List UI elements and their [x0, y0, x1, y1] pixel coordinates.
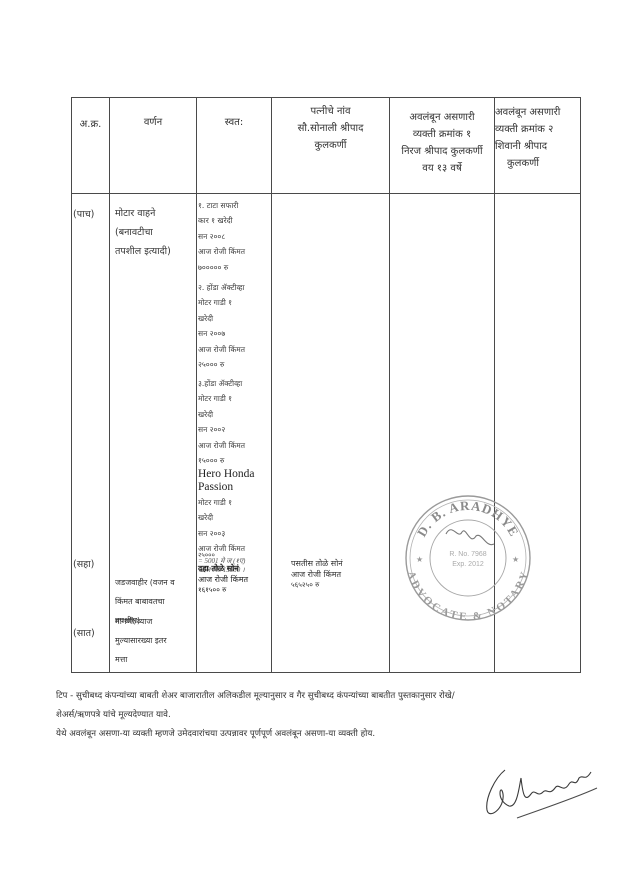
- vehicle-item-1: १. टाटा सफारी कार १ खरेदी सन २००८ आज रोज…: [198, 198, 245, 275]
- vehicle-line: मोटर गाडी १: [198, 495, 245, 510]
- header-spouse-line: सौ.सोनाली श्रीपाद: [272, 120, 389, 137]
- spouse-jewellery: पसतीस तोळे सोनं आज रोजी किंमत ५६५२५० रु: [291, 558, 343, 591]
- description-line: मत्ता: [115, 650, 167, 669]
- vehicle-item-4: मोटर गाडी १ खरेदी सन २००३ आज रोजी किंमत: [198, 495, 245, 557]
- stamp-top-text: D. B. ARADHYE: [414, 498, 522, 540]
- header-dependent-2-line: शिवानी श्रीपाद: [495, 138, 580, 155]
- column-line: [389, 97, 390, 673]
- table-border-bottom: [71, 672, 581, 673]
- vehicle-item-3: ३.होंडा ॲक्टीव्हा मोटर गाडी १ खरेदी सन २…: [198, 376, 245, 468]
- header-dependent-1-line: निरज श्रीपाद कुलकर्णी: [390, 143, 494, 160]
- header-self: स्वत:: [197, 114, 271, 131]
- jewellery-line: आज रोजी किंमत: [291, 569, 343, 580]
- header-divider: [71, 193, 581, 194]
- header-dependent-1-line: अवलंबून असणारी: [390, 109, 494, 126]
- vehicle-line: खरेदी: [198, 510, 245, 525]
- header-description: वर्णन: [110, 114, 196, 131]
- header-spouse-line: पत्नीचे नांव: [272, 103, 389, 120]
- signature-icon: [465, 748, 605, 828]
- header-dependent-2-line: कुलकर्णी: [495, 155, 580, 172]
- stamp-center-line: Exp. 2012: [452, 561, 484, 568]
- vehicle-line: सन २००८: [198, 229, 245, 244]
- header-dependent-2: अवलंबून असणारी व्यक्ती क्रमांक २ शिवानी …: [495, 104, 580, 172]
- vehicle-line: २. होंडा ॲक्टीव्हा: [198, 280, 245, 295]
- notary-stamp-icon: D. B. ARADHYE ADVOCATE & NOTARY R. No. 7…: [402, 492, 534, 624]
- vehicle-title-line: Passion: [198, 481, 255, 494]
- vehicle-line: मोटर गाडी १: [198, 391, 245, 406]
- note-line-3: येथे अवलंबून असणा-या व्यक्ती म्हणजे उमेद…: [56, 725, 375, 743]
- table-border-top: [71, 97, 581, 98]
- vehicle-line: सन २००२: [198, 422, 245, 437]
- jewellery-line: पसतीस तोळे सोनं: [291, 558, 343, 569]
- header-dependent-1-line: वय १३ वर्षे: [390, 160, 494, 177]
- self-jewellery: दहा तोळे सोनं आज रोजी किंमत १६१५०० रु: [198, 564, 248, 596]
- description-line: जडजवाहीर (वजन व: [115, 573, 175, 592]
- column-line: [109, 97, 110, 673]
- vehicle-line: सन २००३: [198, 526, 245, 541]
- description-line: मुल्यासारख्या इतर: [115, 631, 167, 650]
- jewellery-line: आज रोजी किंमत: [198, 575, 248, 586]
- note-line-1: टिप - सुचीबध्द कंपन्यांच्या बाबती शेअर ब…: [56, 687, 455, 705]
- vehicle-line: मोटर गाडी १: [198, 295, 245, 310]
- vehicle-line: १. टाटा सफारी: [198, 198, 245, 213]
- note-line-2: शेअर्स/ऋणपत्रे यांचे मूल्यदेण्यात यावे.: [56, 706, 171, 724]
- column-line: [580, 97, 581, 673]
- header-spouse-line: कुलकर्णी: [272, 137, 389, 154]
- vehicle-line: खरेदी: [198, 311, 245, 326]
- vehicle-line: सन २००७: [198, 326, 245, 341]
- vehicle-line: कार १ खरेदी: [198, 213, 245, 228]
- row-serial: (सहा): [73, 556, 94, 573]
- jewellery-line: ५६५२५० रु: [291, 580, 343, 591]
- vehicle-line: ३.होंडा ॲक्टीव्हा: [198, 376, 245, 391]
- description-line: किंमत बाबावतचा: [115, 592, 175, 611]
- description-line: मोटार वाहने: [115, 204, 171, 223]
- row-serial: (पाच): [73, 206, 94, 223]
- header-dependent-2-line: अवलंबून असणारी: [495, 104, 580, 121]
- vehicle-line: आज रोजी किंमत: [198, 244, 245, 259]
- header-serial: अ.क्र.: [72, 116, 109, 133]
- vehicle-title-line: Hero Honda: [198, 468, 255, 481]
- stamp-star-left: ★: [416, 555, 423, 564]
- description-line: मागणी/व्याज: [115, 612, 167, 631]
- column-line: [71, 97, 72, 673]
- stamp-star-right: ★: [512, 555, 519, 564]
- vehicle-line: आज रोजी किंमत: [198, 342, 245, 357]
- vehicle-line: १५००० रु: [198, 453, 245, 468]
- row-serial: (सात): [73, 625, 95, 642]
- row-description: मोटार वाहने (बनावटीचा तपशील इत्यादी): [115, 204, 171, 261]
- header-dependent-2-line: व्यक्ती क्रमांक २: [495, 121, 580, 138]
- vehicle-line: ७००००० रु: [198, 260, 245, 275]
- svg-text:D. B. ARADHYE: D. B. ARADHYE: [414, 498, 522, 540]
- jewellery-line: दहा तोळे सोनं: [198, 564, 248, 575]
- row-description: मागणी/व्याज मुल्यासारख्या इतर मत्ता: [115, 612, 167, 669]
- vehicle-line: आज रोजी किंमत: [198, 438, 245, 453]
- column-line: [271, 97, 272, 673]
- affidavit-page: अ.क्र. वर्णन स्वत: पत्नीचे नांव सौ.सोनाल…: [0, 0, 637, 876]
- column-line: [196, 97, 197, 673]
- header-dependent-1: अवलंबून असणारी व्यक्ती क्रमांक १ निरज श्…: [390, 109, 494, 177]
- stamp-center-line: R. No. 7968: [449, 551, 486, 558]
- header-dependent-1-line: व्यक्ती क्रमांक १: [390, 126, 494, 143]
- description-line: तपशील इत्यादी): [115, 242, 171, 261]
- description-line: (बनावटीचा: [115, 223, 171, 242]
- vehicle-item-4-title: Hero Honda Passion: [198, 468, 255, 494]
- header-spouse: पत्नीचे नांव सौ.सोनाली श्रीपाद कुलकर्णी: [272, 103, 389, 154]
- jewellery-line: १६१५०० रु: [198, 585, 248, 596]
- vehicle-line: २५००० रु: [198, 357, 245, 372]
- vehicle-line: खरेदी: [198, 407, 245, 422]
- vehicle-item-2: २. होंडा ॲक्टीव्हा मोटर गाडी १ खरेदी सन …: [198, 280, 245, 372]
